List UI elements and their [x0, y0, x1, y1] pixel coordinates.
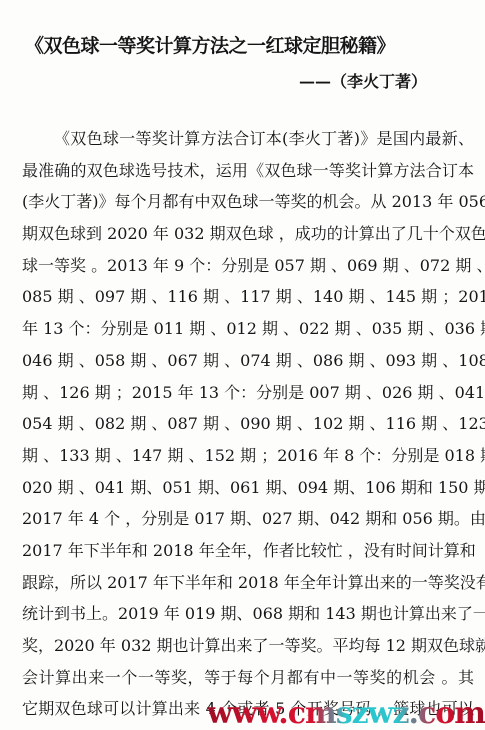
- body-line: 奖，2020 年 032 期也计算出来了一等奖。平均每 12 期双色球就: [22, 630, 474, 662]
- body-line: 统计到书上。2019 年 019 期、068 期和 143 期也计算出来了一等: [22, 598, 474, 630]
- body-line: 2017 年 4 个 ，分别是 017 期、027 期、042 期和 056 期…: [22, 503, 474, 535]
- body-line: 球一等奖 。2013 年 9 个：分别是 057 期 、069 期 、072 期…: [22, 250, 474, 282]
- body-line: 2017 年下半年和 2018 年全年，作者比较忙 ，没有时间计算和: [22, 535, 474, 567]
- body-line: 年 13 个：分别是 011 期 、012 期 、022 期 、035 期 、0…: [22, 313, 474, 345]
- document-title: 《双色球一等奖计算方法之一红球定胆秘籍》: [25, 31, 395, 58]
- body-paragraph: 《双色球一等奖计算方法合订本(李火丁著)》是国内最新、最准确的双色球选号技术，运…: [22, 123, 474, 725]
- body-line: 《双色球一等奖计算方法合订本(李火丁著)》是国内最新、: [22, 123, 474, 155]
- body-line: 最准确的双色球选号技术，运用《双色球一等奖计算方法合订本: [22, 155, 474, 187]
- watermark-url: www.cmszwz.com: [207, 699, 485, 729]
- body-line: 054 期 、082 期 、087 期 、090 期 、102 期 、116 期…: [22, 408, 474, 440]
- body-line: 期 、126 期 ；2015 年 13 个：分别是 007 期 、026 期 、…: [22, 377, 474, 409]
- body-line: 跟踪，所以 2017 年下半年和 2018 年全年计算出来的一等奖没有: [22, 567, 474, 599]
- author-byline: ——（李火丁著）: [299, 69, 427, 92]
- body-line: 期 、133 期 、147 期 、152 期 ；2016 年 8 个：分别是 0…: [22, 440, 474, 472]
- body-line: (李火丁著)》每个月都有中双色球一等奖的机会。从 2013 年 056: [22, 186, 474, 218]
- body-line: 期双色球到 2020 年 032 期双色球 ，成功的计算出了几十个双色: [22, 218, 474, 250]
- scanned-document-page: 《双色球一等奖计算方法之一红球定胆秘籍》 ——（李火丁著） 《双色球一等奖计算方…: [0, 0, 485, 730]
- body-line: 085 期 、097 期 、116 期 、117 期 、140 期 、145 期…: [22, 281, 474, 313]
- body-line: 046 期 、058 期 、067 期 、074 期 、086 期 、093 期…: [22, 345, 474, 377]
- body-line: 020 期 、041 期、051 期、061 期、094 期、106 期和 15…: [22, 472, 474, 504]
- body-line: 会计算出来一个一等奖，等于每个月都有中一等奖的机会 。其: [22, 662, 474, 694]
